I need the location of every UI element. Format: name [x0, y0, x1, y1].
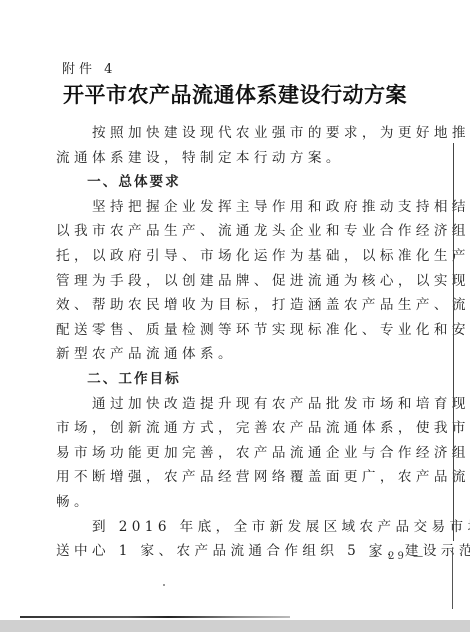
- scan-speck: [163, 584, 165, 586]
- page-number: — 29 —: [369, 551, 426, 562]
- scan-edge-line: [453, 143, 454, 541]
- scan-edge-line-lower: [452, 548, 453, 609]
- body-line: 以我市农产品生产、流通龙头企业和专业合作经济组织为依: [56, 219, 470, 239]
- gray-bottom-band: [0, 620, 470, 632]
- body-line: 用不断增强，农产品经营网络覆盖面更广，农产品流通更加顺: [56, 465, 470, 485]
- section-heading: 一、总体要求: [56, 170, 181, 190]
- document-title: 开平市农产品流通体系建设行动方案: [0, 79, 470, 109]
- body-line: 流通体系建设，特制定本行动方案。: [56, 146, 344, 166]
- document-page: 附件 4 开平市农产品流通体系建设行动方案 按照加快建设现代农业强市的要求，为更…: [0, 0, 470, 632]
- body-line: 市场，创新流通方式，完善农产品流通体系，使我市农产品交: [56, 416, 470, 436]
- body-line: 按照加快建设现代农业强市的要求，为更好地推进农产品: [56, 121, 470, 141]
- body-line: 新型农产品流通体系。: [56, 342, 236, 362]
- body-line: 坚持把握企业发挥主导作用和政府推动支持相结合原则，: [56, 195, 470, 215]
- body-line: 通过加快改造提升现有农产品批发市场和培育现代化的新: [56, 392, 470, 412]
- body-line: 托，以政府引导、市场化运作为基础，以标准化生产、信息化: [56, 244, 470, 264]
- body-line: 管理为手段，以创建品牌、促进流通为核心，以实现农业增: [56, 269, 470, 289]
- body-line: 易市场功能更加完善，农产品流通企业与合作经济组织带动作: [56, 441, 470, 461]
- section-heading: 二、工作目标: [56, 367, 181, 387]
- body-line: 畅。: [56, 490, 92, 510]
- attachment-label: 附件 4: [62, 58, 116, 77]
- body-line: 到 2016 年底，全市新发展区域农产品交易市场或加工配: [56, 515, 470, 535]
- body-line: 配送零售、质量检测等环节实现标准化、专业化和安全高效的: [56, 318, 470, 338]
- scan-bottom-edge: [20, 616, 290, 618]
- body-line: 效、帮助农民增收为目标，打造涵盖农产品生产、流通存储、: [56, 293, 470, 313]
